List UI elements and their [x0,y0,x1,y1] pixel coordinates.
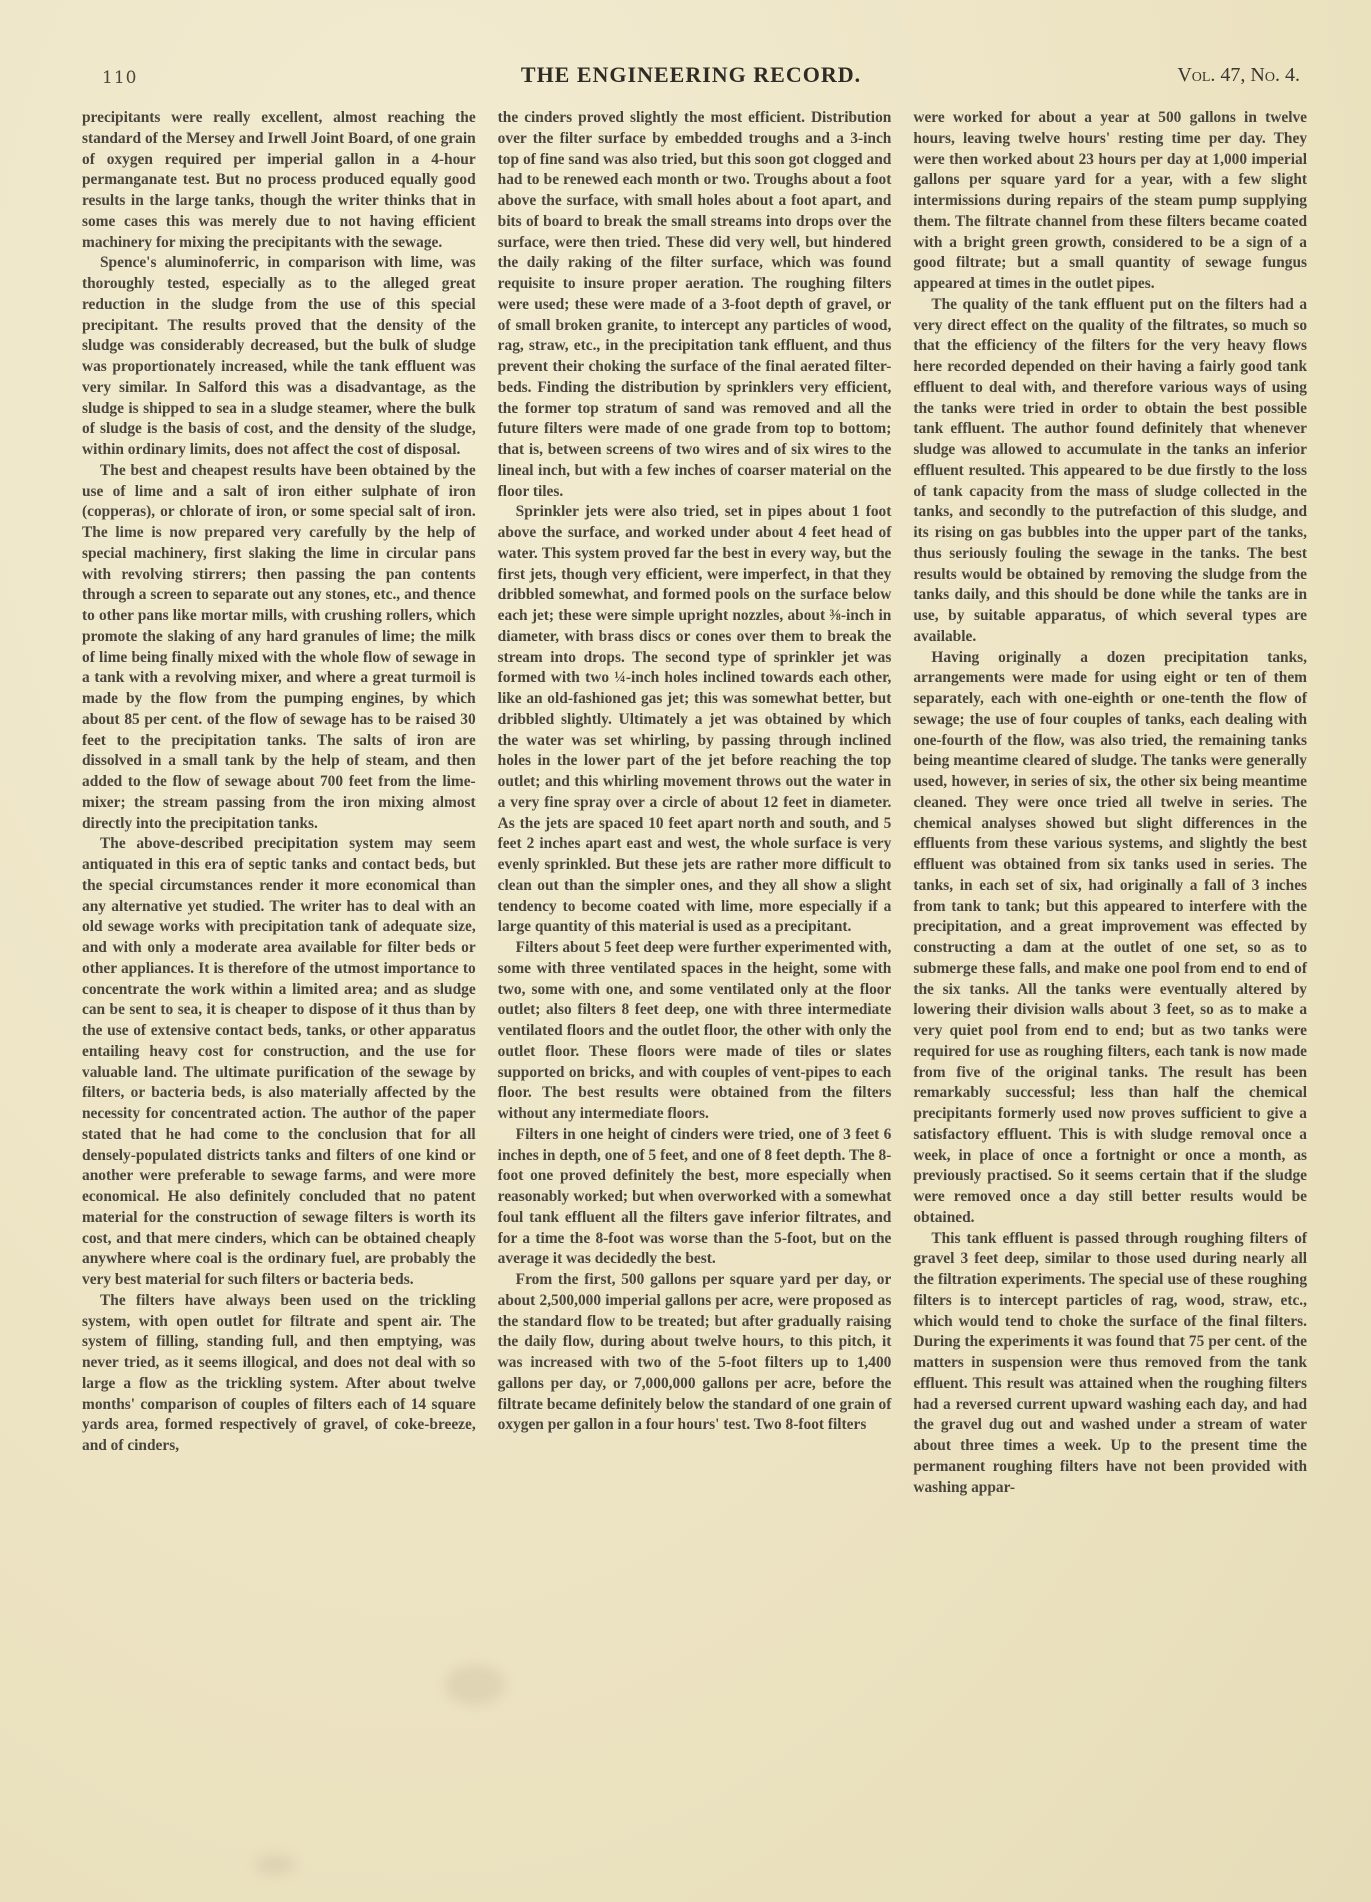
paragraph: the cinders proved slightly the most eff… [498,108,892,502]
column-3: were worked for about a year at 500 gall… [913,108,1307,1498]
paragraph: were worked for about a year at 500 gall… [913,108,1307,295]
paragraph: precipitants were really excellent, almo… [82,108,476,253]
paper-stain [445,1665,505,1705]
paragraph: The filters have always been used on the… [82,1291,476,1457]
column-1: precipitants were really excellent, almo… [82,108,476,1498]
page-header: 110 THE ENGINEERING RECORD. Vol. 47, No.… [80,62,1302,92]
paragraph: From the first, 500 gallons per square y… [498,1270,892,1436]
column-2: the cinders proved slightly the most eff… [498,108,892,1498]
paragraph: The best and cheapest results have been … [82,461,476,835]
issue-label: Vol. 47, No. 4. [1177,64,1300,87]
paragraph: The quality of the tank effluent put on … [913,295,1307,648]
paragraph: Spence's aluminoferric, in comparison wi… [82,253,476,461]
paragraph: Filters about 5 feet deep were further e… [498,938,892,1125]
paper-stain [255,1855,295,1875]
paragraph: Sprinkler jets were also tried, set in p… [498,502,892,938]
paragraph: Filters in one height of cinders were tr… [498,1125,892,1270]
paragraph: Having originally a dozen precipitation … [913,648,1307,1229]
journal-title: THE ENGINEERING RECORD. [80,62,1302,88]
paragraph: This tank effluent is passed through rou… [913,1229,1307,1499]
article-body: precipitants were really excellent, almo… [82,108,1307,1498]
paragraph: The above-described precipitation system… [82,834,476,1291]
